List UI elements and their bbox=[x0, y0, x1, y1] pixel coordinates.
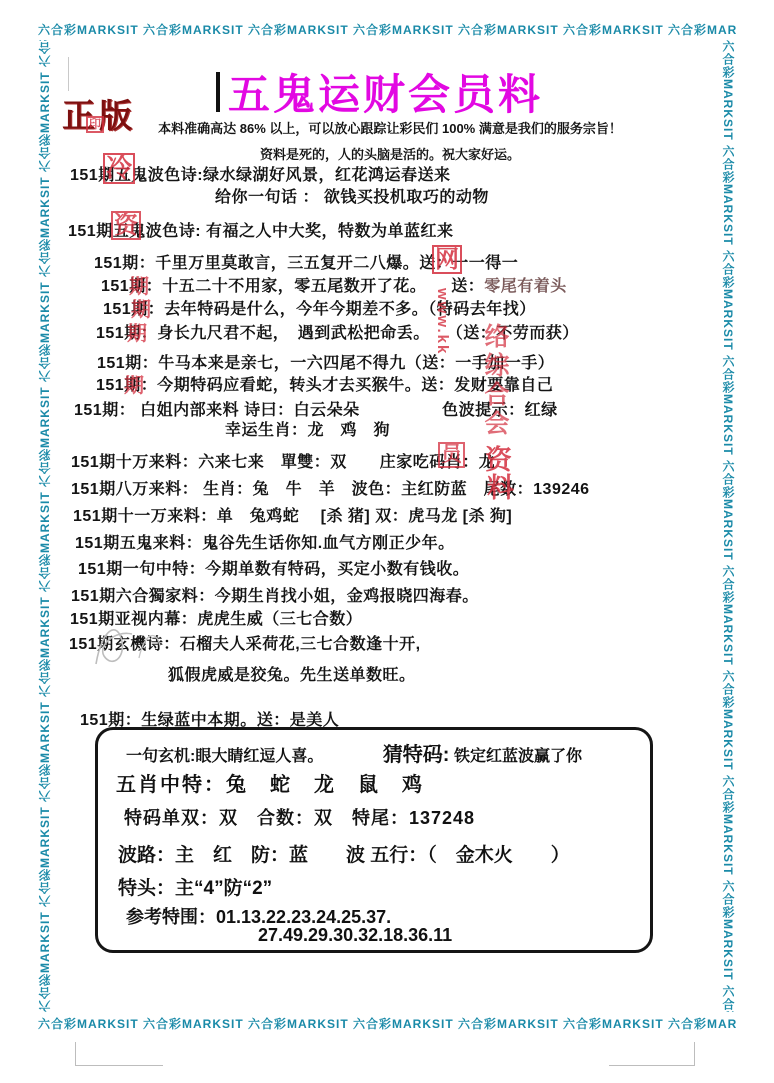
page-edge-line-left-v bbox=[75, 1042, 76, 1066]
border-left-pattern: 六合彩MARKSIT 六合彩MARKSIT 六合彩MARKSIT 六合彩MARK… bbox=[37, 40, 54, 1012]
scanned-lottery-sheet: 六合彩MARKSIT 六合彩MARKSIT 六合彩MARKSIT 六合彩MARK… bbox=[0, 0, 774, 1083]
content-line-mystic-poem-2: 狐假虎威是狡兔。先生送单数旺。 bbox=[168, 662, 416, 685]
scan-artifact-line bbox=[68, 57, 69, 91]
border-top-pattern: 六合彩MARKSIT 六合彩MARKSIT 六合彩MARKSIT 六合彩MARK… bbox=[38, 22, 738, 39]
content-line-lucky-zodiac: 幸运生肖：龙 鸡 狗 bbox=[225, 417, 390, 440]
five-zodiac-line: 五肖中特：兔 蛇 龙 鼠 鸡 bbox=[116, 768, 424, 797]
content-line-one-sentence: 151期一句中特：今期单数有特码，买定小数有钱收。 bbox=[78, 556, 469, 579]
mystery-text: 眼大睛红逗人喜。 bbox=[195, 748, 323, 765]
reference-numbers-a: 01.13.22.23.24.25.37. bbox=[216, 907, 391, 927]
content-line-exclusive: 151期六合獨家料：今期生肖找小姐，金鸡报晓四海春。 bbox=[71, 583, 479, 606]
content-line-100k: 151期十万来料：六来七来 單雙：双 庄家吃码肖：龙 bbox=[71, 449, 495, 472]
verse-2-main: 151期：十五二十不用家，零五尾数开了花。 送： bbox=[101, 278, 484, 295]
faded-phrase: 零尾有着头 bbox=[484, 278, 567, 295]
page-edge-line-right-v bbox=[694, 1042, 695, 1066]
reference-numbers-label: 参考特围： bbox=[126, 907, 216, 927]
content-line-verse-6: 151期：今期特码应看蛇，转头才去买猴牛。送：发财要靠自己 bbox=[96, 372, 553, 395]
odd-even-line: 特码单双：双 合数：双 特尾：137248 bbox=[124, 804, 475, 830]
content-line-verse-1: 151期：千里万里莫敢言，三五复开二八爆。送：一一得一 bbox=[94, 250, 518, 273]
content-line-wave-poem-2: 151期五鬼波色诗: 有福之人中大奖，特数为单蓝红来 bbox=[68, 218, 453, 241]
content-line-80k: 151期八万来料： 生肖：兔 牛 羊 波色：主红防蓝 尾数：139246 bbox=[71, 476, 590, 499]
pencil-scribble bbox=[84, 616, 179, 676]
content-line-hint: 给你一句话 ： 欲钱买投机取巧的动物 bbox=[215, 184, 489, 207]
title-divider-bar bbox=[216, 72, 220, 112]
guess-special-text: 铁定红蓝波赢了你 bbox=[454, 748, 582, 765]
content-line-verse-5: 151期：牛马本来是亲七，一六四尾不得九（送：一手加一手） bbox=[97, 350, 554, 373]
content-line-wave-poem-1: 151期五鬼波色诗:绿水绿湖好风景，红花鸿运春送来 bbox=[70, 162, 451, 185]
accuracy-subtitle: 本料准确高达 86% 以上，可以放心跟踪让彩民们 100% 满意是我们的服务宗旨… bbox=[70, 118, 710, 137]
border-bottom-pattern: 六合彩MARKSIT 六合彩MARKSIT 六合彩MARKSIT 六合彩MARK… bbox=[38, 1016, 738, 1033]
mystery-line: 一句玄机:眼大睛红逗人喜。 猜特码: 铁定红蓝波赢了你 bbox=[126, 738, 582, 767]
special-head-line: 特头：主“4”防“2” bbox=[118, 873, 272, 900]
content-line-verse-2: 151期：十五二十不用家，零五尾数开了花。 送：零尾有着头 bbox=[101, 273, 567, 296]
wave-line: 波路：主 红 防：蓝 波 五行：（ 金木火 ） bbox=[118, 840, 570, 867]
border-right-pattern: 六合彩MARKSIT 六合彩MARKSIT 六合彩MARKSIT 六合彩MARK… bbox=[719, 40, 736, 1012]
reference-numbers-line2: 27.49.29.30.32.18.36.11 bbox=[258, 925, 452, 946]
content-line-five-ghost: 151期五鬼来料：鬼谷先生话你知.血气方刚正少年。 bbox=[75, 530, 455, 553]
guess-special-label: 猜特码: bbox=[383, 744, 450, 766]
content-line-verse-4: 151期：身长九尺君不起， 遇到武松把命丢。 （送：不劳而获） bbox=[96, 320, 579, 343]
tips-box: 一句玄机:眼大睛红逗人喜。 猜特码: 铁定红蓝波赢了你 五肖中特：兔 蛇 龙 鼠… bbox=[95, 727, 653, 953]
mystery-label: 一句玄机: bbox=[126, 748, 195, 765]
page-title: 五鬼运财会员料 bbox=[228, 62, 543, 122]
page-edge-line-right-h bbox=[609, 1065, 695, 1066]
page-edge-line-left-h bbox=[75, 1065, 163, 1066]
content-line-verse-3: 151期：去年特码是什么，今年今期差不多。（特码去年找） bbox=[103, 296, 536, 319]
content-line-110k: 151期十一万来料：单 兔鸡蛇 [杀 猪] 双：虎马龙 [杀 狗] bbox=[73, 503, 512, 526]
motto-subtitle: 资料是死的，人的头脑是活的。祝大家好运。 bbox=[70, 144, 710, 163]
